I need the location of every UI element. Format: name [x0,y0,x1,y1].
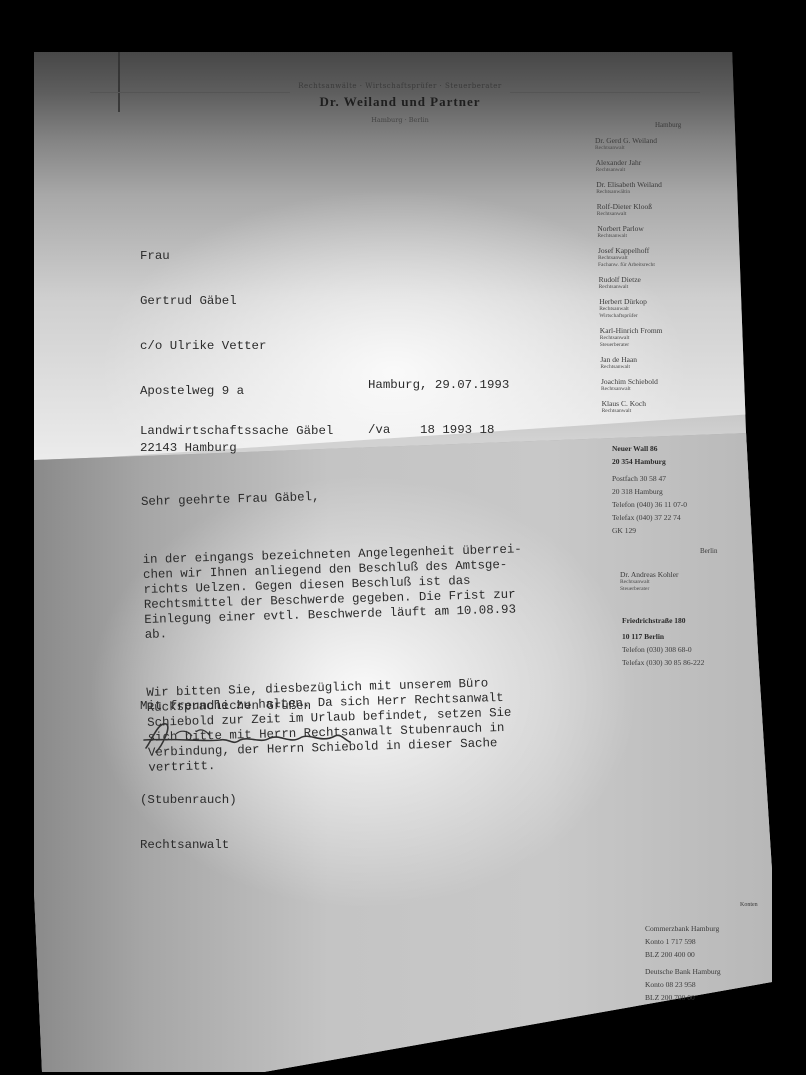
partner-name: Norbert Parlow [597,224,725,233]
hamburg-postbox: Postfach 30 58 47 [612,472,687,485]
bank-1-account: Konto 1 717 598 [645,935,721,948]
partner-name: Rudolf Dietze [599,275,725,284]
date-reference: Hamburg, 29.07.1993 /va 18 1993 18 [368,348,509,453]
bank-1-name: Commerzbank Hamburg [645,922,721,935]
partner-role: Wirtschaftsprüfer [599,313,725,320]
partner-list: Dr. Gerd G. WeilandRechtsanwaltAlexander… [595,136,725,421]
berlin-partner-role: Rechtsanwalt [620,579,679,586]
reference-number: /va 18 1993 18 [368,423,509,438]
signatory-title: Rechtsanwalt [140,838,237,853]
berlin-partner-role: Steuerberater [620,586,679,593]
body-paragraph: in der eingangs bezeichneten Angelegenhe… [142,542,524,643]
berlin-partner-name: Dr. Andreas Kohler [620,570,679,579]
partner-name: Dr. Gerd G. Weiland [595,136,725,145]
partner-name: Jan de Haan [600,355,725,364]
closing: Mit freundlichen Grüßen [140,699,311,714]
berlin-street: Friedrichstraße 180 [622,614,704,627]
recipient-city: 22143 Hamburg [140,441,266,456]
partner-name: Joachim Schiebold [601,377,725,386]
partner-entry: Herbert DürkopRechtsanwaltWirtschaftsprü… [599,297,725,320]
partner-role: Rechtsanwalt [600,335,725,342]
bank-1-blz: BLZ 200 400 00 [645,948,721,961]
partner-entry: Alexander JahrRechtsanwalt [596,158,725,174]
greeting: Sehr geehrte Frau Gäbel, [141,484,520,510]
recipient-street: Apostelweg 9 a [140,384,266,399]
berlin-heading: Berlin [700,547,718,555]
bank-2-name: Deutsche Bank Hamburg [645,965,721,978]
place-date: Hamburg, 29.07.1993 [368,378,509,393]
signature [140,718,360,758]
hamburg-phone: Telefon (040) 36 11 07-0 [612,498,687,511]
partner-role: Rechtsanwältin [596,189,725,196]
berlin-phone: Telefon (030) 308 68-0 [622,643,704,656]
bank-accounts: Commerzbank Hamburg Konto 1 717 598 BLZ … [645,922,721,1004]
partner-name: Herbert Dürkop [599,297,725,306]
berlin-fax: Telefax (030) 30 85 86-222 [622,656,704,669]
partner-entry: Dr. Elisabeth WeilandRechtsanwältin [596,180,725,196]
partner-entry: Klaus C. KochRechtsanwalt [602,399,725,415]
partner-entry: Rudolf DietzeRechtsanwalt [599,275,725,291]
letterhead: Rechtsanwälte · Wirtschaftsprüfer · Steu… [250,82,550,124]
partner-role: Rechtsanwalt [601,386,725,393]
partner-name: Klaus C. Koch [602,399,725,408]
recipient-name: Gertrud Gäbel [140,294,266,309]
berlin-city: 10 117 Berlin [622,630,704,643]
recipient-care-of: c/o Ulrike Vetter [140,339,266,354]
partner-role: Rechtsanwalt [600,364,725,371]
partner-entry: Norbert ParlowRechtsanwalt [597,224,725,240]
signatory-name: (Stubenrauch) [140,793,237,808]
partner-name: Alexander Jahr [596,158,725,167]
bank-2-account: Konto 08 23 958 [645,978,721,991]
hamburg-fax: Telefax (040) 37 22 74 [612,511,687,524]
partner-name: Rolf-Dieter Klooß [597,202,725,211]
partner-role: Rechtsanwalt [599,306,725,313]
signature-block: (Stubenrauch) Rechtsanwalt [140,763,237,868]
partner-role: Steuerberater [600,342,725,349]
partner-name: Karl-Hinrich Fromm [600,326,725,335]
hamburg-city: 20 354 Hamburg [612,455,687,468]
bank-heading: Konten [740,902,758,908]
partner-name: Dr. Elisabeth Weiland [596,180,725,189]
subject-line: Landwirtschaftssache Gäbel [140,424,333,439]
partner-name: Josef Kappelhoff [598,246,725,255]
partner-role: Rechtsanwalt [597,233,725,240]
letterhead-cities: Hamburg · Berlin [250,116,550,124]
partner-entry: Joachim SchieboldRechtsanwalt [601,377,725,393]
hamburg-heading: Hamburg [655,121,681,129]
hamburg-postbox-city: 20 318 Hamburg [612,485,687,498]
partner-entry: Karl-Hinrich FrommRechtsanwaltSteuerbera… [600,326,725,349]
partner-entry: Dr. Gerd G. WeilandRechtsanwalt [595,136,725,152]
partner-role: Rechtsanwalt [597,211,725,218]
partner-role: Fachanw. für Arbeitsrecht [598,262,725,269]
hamburg-office: Neuer Wall 86 20 354 Hamburg Postfach 30… [612,442,687,537]
partner-role: Rechtsanwalt [598,255,725,262]
partner-entry: Rolf-Dieter KlooßRechtsanwalt [597,202,725,218]
hamburg-gk: GK 129 [612,524,687,537]
partner-entry: Josef KappelhoffRechtsanwaltFachanw. für… [598,246,725,269]
paper-crease [118,52,120,112]
firm-name: Dr. Weiland und Partner [250,94,550,110]
partner-role: Rechtsanwalt [602,408,725,415]
partner-role: Rechtsanwalt [595,145,725,152]
letterhead-professions: Rechtsanwälte · Wirtschaftsprüfer · Steu… [250,82,550,90]
berlin-partner: Dr. Andreas Kohler Rechtsanwalt Steuerbe… [620,570,679,593]
partner-role: Rechtsanwalt [596,167,725,174]
berlin-office: Friedrichstraße 180 10 117 Berlin Telefo… [622,614,704,669]
hamburg-street: Neuer Wall 86 [612,442,687,455]
partner-entry: Jan de HaanRechtsanwalt [600,355,725,371]
partner-role: Rechtsanwalt [599,284,725,291]
recipient-salutation: Frau [140,249,266,264]
bank-2-blz: BLZ 200 700 00 [645,991,721,1004]
